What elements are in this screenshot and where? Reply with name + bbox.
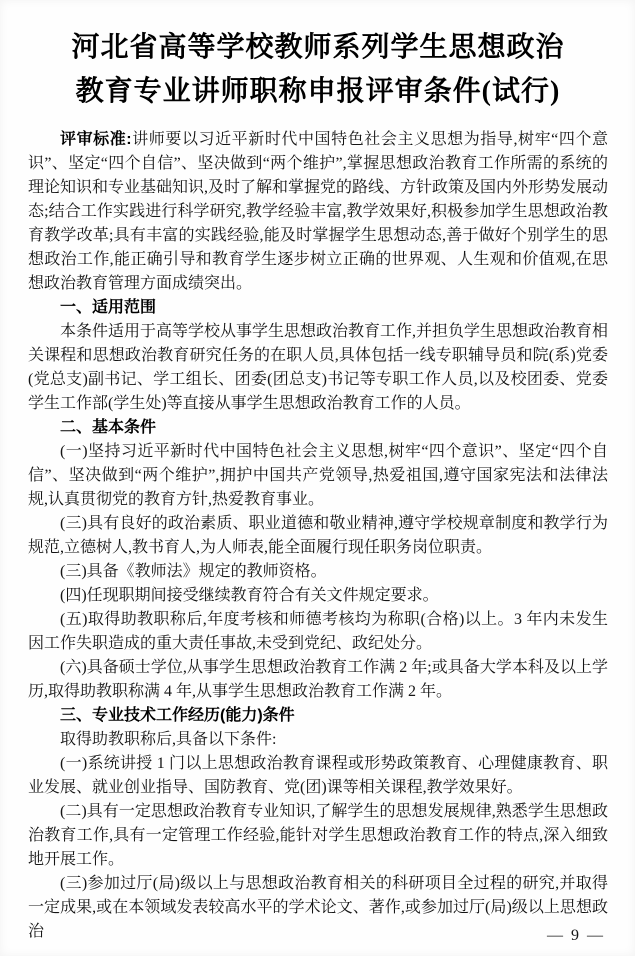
document-body: 评审标准:讲师要以习近平新时代中国特色社会主义思想为指导,树牢“四个意识”、坚定… — [28, 128, 608, 944]
basic-condition-item-4: (四)任现职期间接受继续教育符合有关文件规定要求。 — [28, 584, 608, 608]
basic-condition-item-5: (五)取得助教职称后,年度考核和师德考核均为称职(合格)以上。3 年内未发生因工… — [28, 608, 608, 656]
title-line-2: 教育专业讲师职称申报评审条件(试行) — [28, 70, 608, 114]
scope-paragraph: 本条件适用于高等学校从事学生思想政治教育工作,并担负学生思想政治教育相关课程和思… — [28, 320, 608, 416]
section-heading-scope: 一、适用范围 — [28, 296, 608, 320]
review-criteria-paragraph: 评审标准:讲师要以习近平新时代中国特色社会主义思想为指导,树牢“四个意识”、坚定… — [28, 128, 608, 296]
work-experience-intro: 取得助教职称后,具备以下条件: — [28, 728, 608, 752]
basic-condition-item-2: (三)具有良好的政治素质、职业道德和敬业精神,遵守学校规章制度和教学行为规范,立… — [28, 512, 608, 560]
basic-condition-item-3: (三)具备《教师法》规定的教师资格。 — [28, 560, 608, 584]
section-heading-basic-conditions: 二、基本条件 — [28, 416, 608, 440]
work-experience-item-2: (二)具有一定思想政治教育专业知识,了解学生的思想发展规律,熟悉学生思想政治教育… — [28, 800, 608, 872]
work-experience-item-3: (三)参加过厅(局)级以上与思想政治教育相关的科研项目全过程的研究,并取得一定成… — [28, 872, 608, 944]
document-title: 河北省高等学校教师系列学生思想政治 教育专业讲师职称申报评审条件(试行) — [28, 26, 608, 114]
review-criteria-label: 评审标准: — [60, 131, 132, 148]
section-heading-work-experience: 三、专业技术工作经历(能力)条件 — [28, 704, 608, 728]
document-page: 河北省高等学校教师系列学生思想政治 教育专业讲师职称申报评审条件(试行) 评审标… — [0, 0, 635, 956]
page-number: — 9 — — [547, 926, 605, 946]
work-experience-item-1: (一)系统讲授 1 门以上思想政治教育课程或形势政策教育、心理健康教育、职业发展… — [28, 752, 608, 800]
review-criteria-text: 讲师要以习近平新时代中国特色社会主义思想为指导,树牢“四个意识”、坚定“四个自信… — [28, 131, 608, 292]
title-line-1: 河北省高等学校教师系列学生思想政治 — [28, 26, 608, 70]
basic-condition-item-1: (一)坚持习近平新时代中国特色社会主义思想,树牢“四个意识”、坚定“四个自信”、… — [28, 440, 608, 512]
basic-condition-item-6: (六)具备硕士学位,从事学生思想政治教育工作满 2 年;或具备大学本科及以上学历… — [28, 656, 608, 704]
